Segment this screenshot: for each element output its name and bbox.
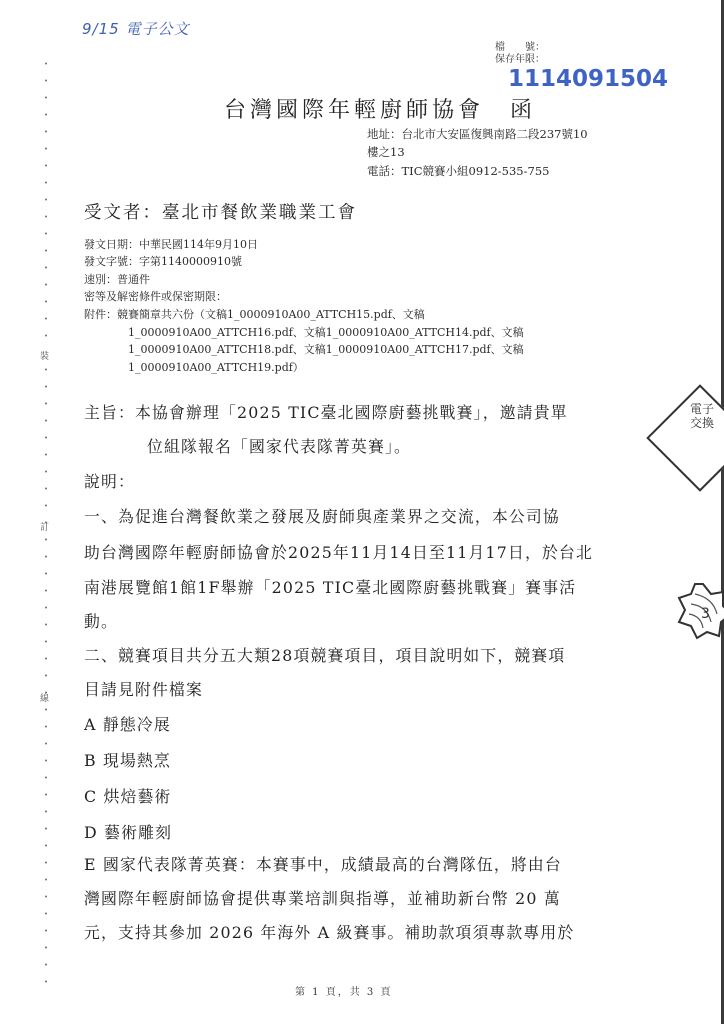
category-e-line-2: 灣國際年輕廚師協會提供專業培訓與指導，並補助新台幣 20 萬 (84, 886, 561, 909)
category-d: D 藝術雕刻 (84, 820, 172, 843)
subject-line-1: 主旨：本協會辦理「2025 TIC臺北國際廚藝挑戰賽」，邀請貴單 (84, 400, 568, 423)
recipient: 受文者：臺北市餐飲業職業工會 (84, 199, 357, 224)
attachments-line-4: 1_0000910A00_ATTCH19.pdf） (128, 359, 304, 376)
document-number: 發文字號：字第1140000910號 (84, 253, 242, 270)
issue-date: 發文日期：中華民國114年9月10日 (84, 236, 258, 253)
phone-line: 電話：TIC競賽小組0912-535-755 (367, 163, 549, 180)
secrecy-level: 密等及解密條件或保密期限： (84, 288, 227, 305)
received-number-stamp: 1114091504 (508, 66, 668, 92)
explanation-line: 助台灣國際年輕廚師協會於2025年11月14日至11月17日，於台北 (84, 540, 593, 563)
electronic-exchange-stamp (646, 384, 724, 491)
explanation-line: 一、為促進台灣餐飲業之發展及廚師與產業界之交流，本公司協 (84, 504, 560, 527)
category-c: C 烘焙藝術 (84, 784, 172, 807)
binding-mark-xian: 線 (40, 694, 49, 705)
category-a: A 靜態冷展 (84, 712, 171, 735)
speed-class: 速別：普通件 (84, 271, 150, 288)
handwritten-note: 9/15 電子公文 (82, 18, 189, 39)
explanation-heading: 說明： (84, 469, 135, 492)
category-e-line-1: E 國家代表隊菁英賽：本賽事中，成績最高的台灣隊伍，將由台 (84, 852, 562, 875)
document-title: 台灣國際年輕廚師協會 函 (224, 93, 536, 124)
address-line-1: 地址：台北市大安區復興南路二段237號10 (367, 126, 588, 143)
attachments-line-1: 附件：競賽簡章共六份（文稿1_0000910A00_ATTCH15.pdf、文稿 (84, 306, 425, 323)
category-e-line-3: 元，支持其參加 2026 年海外 A 級賽事。補助款項須專款專用於 (84, 920, 574, 943)
explanation-line: 目請見附件檔案 (84, 677, 203, 700)
page-seal-icon: 3 (673, 580, 724, 640)
subject-line-2: 位組隊報名「國家代表隊菁英賽」。 (147, 434, 411, 457)
svg-text:3: 3 (701, 606, 710, 622)
address-line-2: 樓之13 (367, 144, 405, 161)
binding-dotted-line (45, 55, 47, 985)
retention-label: 保存年限： (495, 53, 545, 66)
category-b: B 現場熱烹 (84, 748, 171, 771)
electronic-exchange-stamp-text: 電子交換 (690, 402, 720, 430)
explanation-line: 二、競賽項目共分五大類28項競賽項目，項目說明如下，競賽項 (84, 643, 565, 666)
explanation-line: 南港展覽館1館1F舉辦「2025 TIC臺北國際廚藝挑戰賽」賽事活 (84, 575, 576, 598)
binding-mark-ding: 訂 (40, 523, 49, 534)
explanation-line: 動。 (84, 609, 118, 632)
attachments-line-2: 1_0000910A00_ATTCH16.pdf、文稿1_0000910A00_… (128, 324, 524, 341)
binding-mark-zhuang: 裝 (40, 352, 49, 363)
attachments-line-3: 1_0000910A00_ATTCH18.pdf、文稿1_0000910A00_… (128, 341, 524, 358)
page-indicator: 第 1 頁，共 3 頁 (295, 983, 392, 998)
